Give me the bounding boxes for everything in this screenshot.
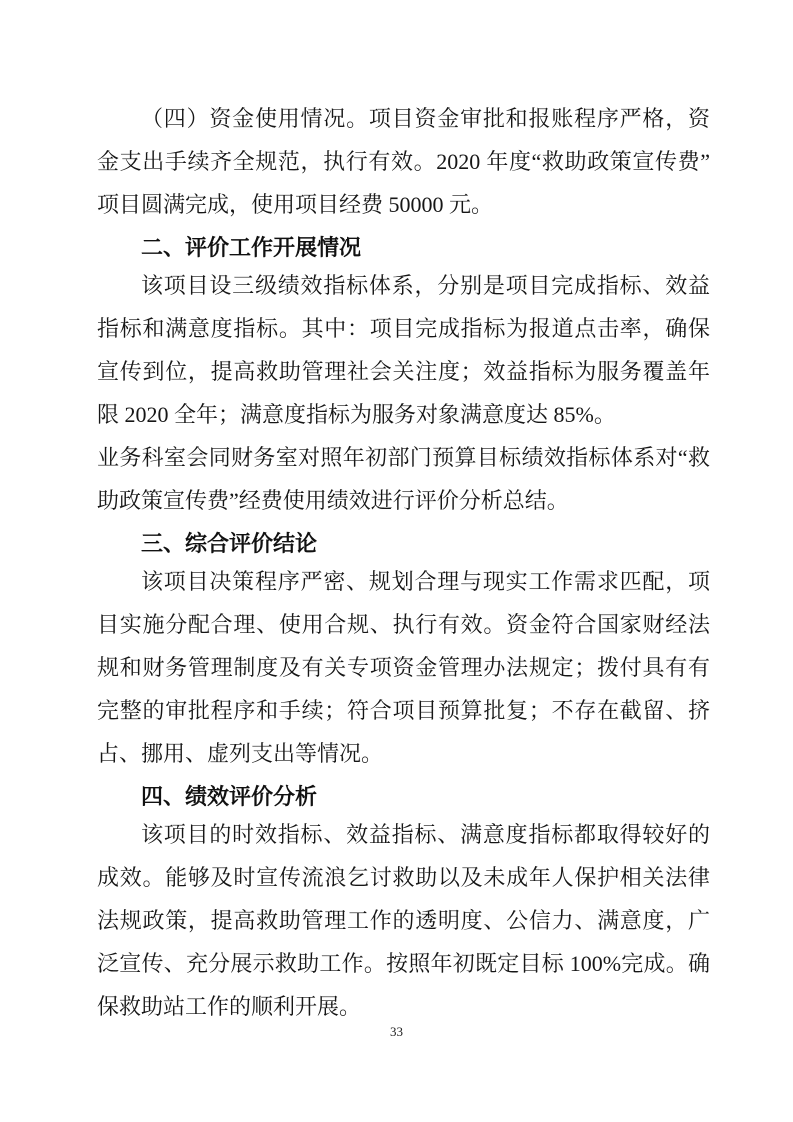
- para-funds-usage: （四）资金使用情况。项目资金审批和报账程序严格，资金支出手续齐全规范，执行有效。…: [97, 97, 710, 226]
- para-indicator-system: 该项目设三级绩效指标体系，分别是项目完成指标、效益指标和满意度指标。其中：项目完…: [97, 264, 710, 436]
- para-evaluation-summary: 业务科室会同财务室对照年初部门预算目标绩效指标体系对“救助政策宣传费”经费使用绩…: [97, 436, 710, 522]
- heading-section-3-comprehensive-conclusion: 三、综合评价结论: [97, 527, 710, 560]
- heading-section-2-evaluation-work: 二、评价工作开展情况: [97, 231, 710, 264]
- page-number: 33: [0, 1024, 793, 1040]
- para-comprehensive-conclusion: 该项目决策程序严密、规划合理与现实工作需求匹配，项目实施分配合理、使用合规、执行…: [97, 560, 710, 775]
- document-page: （四）资金使用情况。项目资金审批和报账程序严格，资金支出手续齐全规范，执行有效。…: [0, 0, 793, 1122]
- heading-section-4-performance-analysis: 四、绩效评价分析: [97, 780, 710, 813]
- para-performance-analysis: 该项目的时效指标、效益指标、满意度指标都取得较好的成效。能够及时宣传流浪乞讨救助…: [97, 813, 710, 1028]
- document-body: （四）资金使用情况。项目资金审批和报账程序严格，资金支出手续齐全规范，执行有效。…: [97, 97, 710, 1028]
